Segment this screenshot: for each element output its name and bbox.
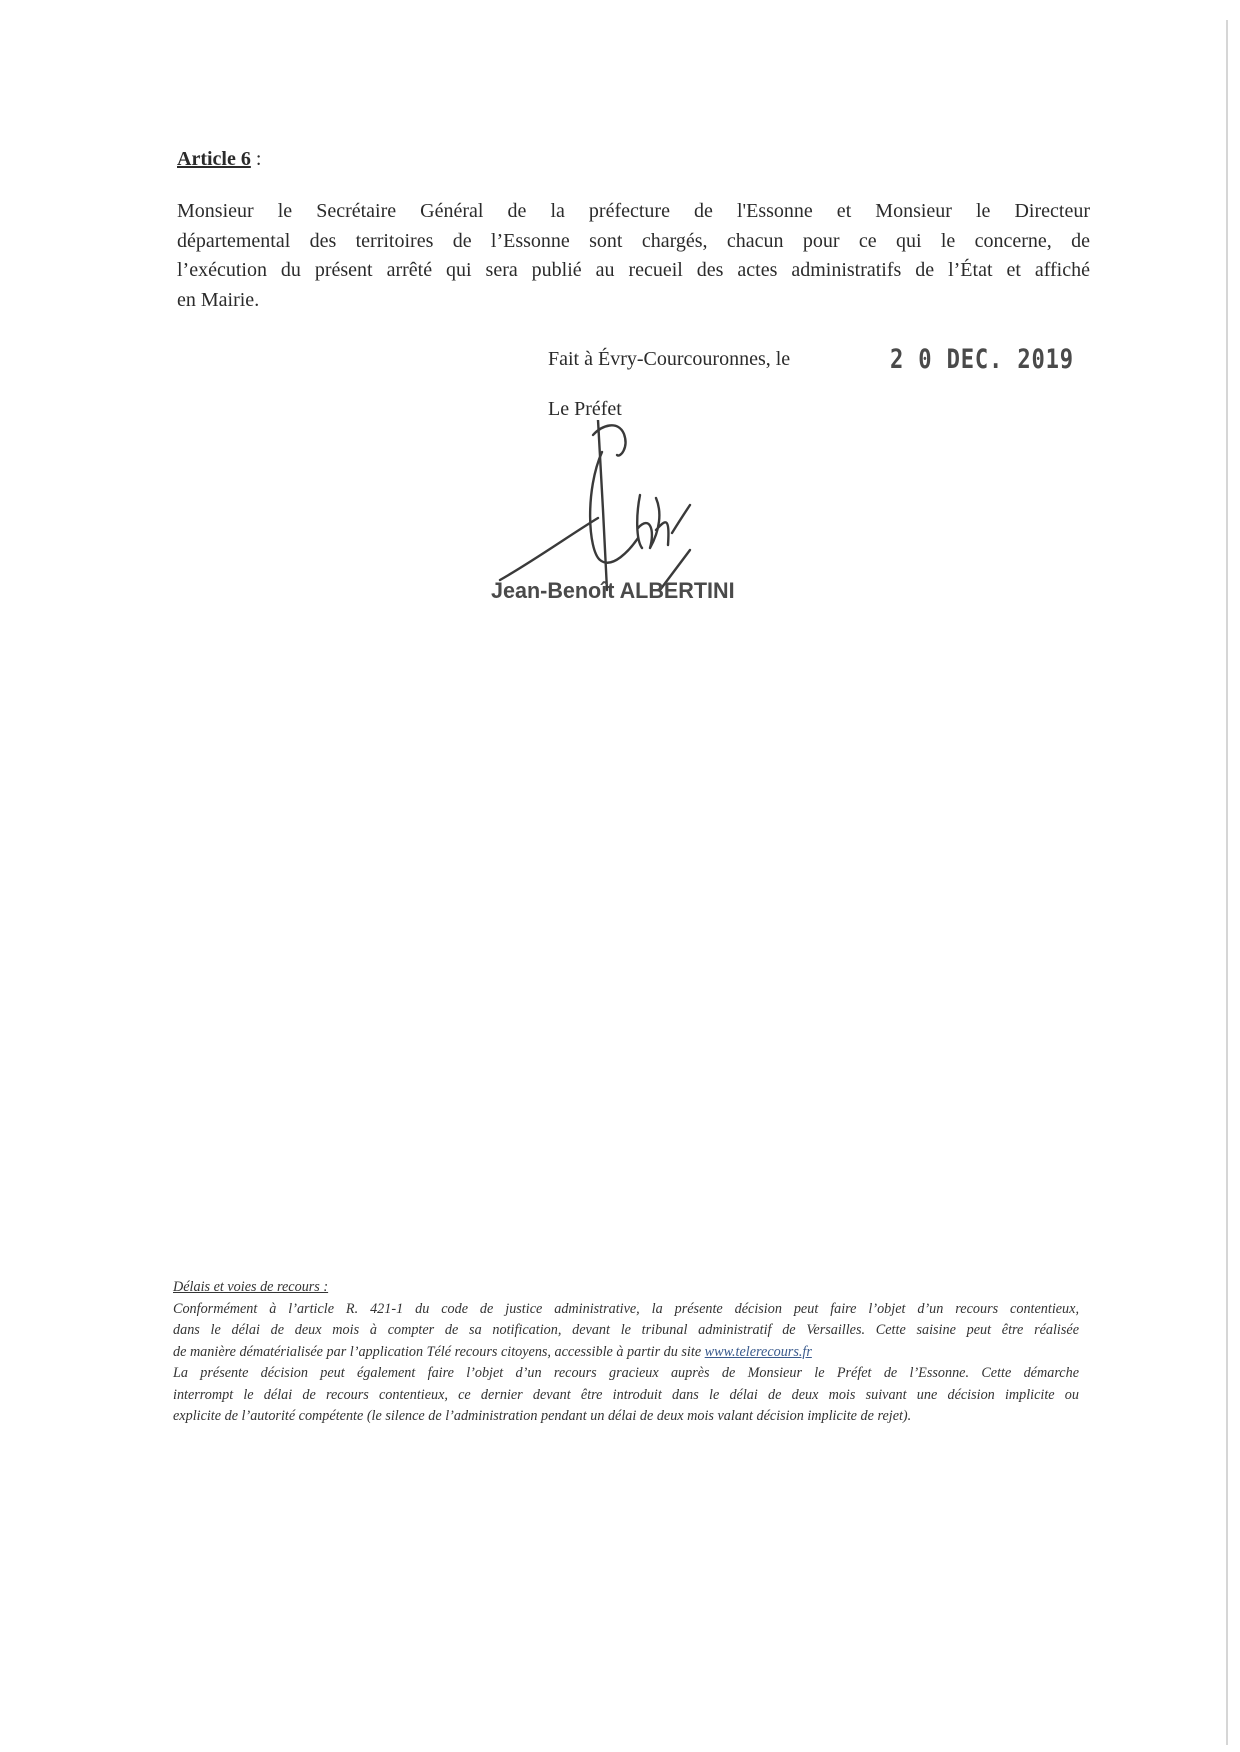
article-line: en Mairie. — [177, 286, 1090, 316]
article-heading-colon: : — [251, 148, 262, 170]
signer-role: Le Préfet — [548, 398, 622, 421]
appeal-line-with-link: de manière dématérialisée par l’applicat… — [173, 1342, 1079, 1364]
signer-name: Jean-Benoît ALBERTINI — [491, 578, 735, 604]
scan-edge-line — [1226, 20, 1228, 1745]
place-and-date-label: Fait à Évry-Courcouronnes, le — [548, 348, 790, 371]
appeal-line: interrompt le délai de recours contentie… — [173, 1385, 1079, 1407]
telerecours-link[interactable]: www.telerecours.fr — [705, 1344, 812, 1360]
article-heading-label: Article 6 — [177, 148, 251, 170]
document-page: Article 6 : Monsieur le Secrétaire Génér… — [0, 0, 1240, 1752]
appeal-line: Conformément à l’article R. 421-1 du cod… — [173, 1299, 1079, 1321]
appeal-line: La présente décision peut également fair… — [173, 1363, 1079, 1385]
handwritten-signature-icon — [490, 420, 750, 600]
appeal-notice: Délais et voies de recours : Conformémen… — [173, 1277, 1079, 1428]
appeal-line-text: de manière dématérialisée par l’applicat… — [173, 1344, 705, 1360]
article-body: Monsieur le Secrétaire Général de la pré… — [177, 197, 1090, 315]
article-line: l’exécution du présent arrêté qui sera p… — [177, 256, 1090, 286]
article-line: départemental des territoires de l’Esson… — [177, 227, 1090, 257]
date-stamp: 2 0 DEC. 2019 — [890, 344, 1074, 375]
appeal-line: dans le délai de deux mois à compter de … — [173, 1320, 1079, 1342]
article-heading: Article 6 : — [177, 148, 261, 171]
article-line: Monsieur le Secrétaire Général de la pré… — [177, 197, 1090, 227]
appeal-line: explicite de l’autorité compétente (le s… — [173, 1406, 1079, 1428]
appeal-notice-title: Délais et voies de recours : — [173, 1277, 1079, 1299]
